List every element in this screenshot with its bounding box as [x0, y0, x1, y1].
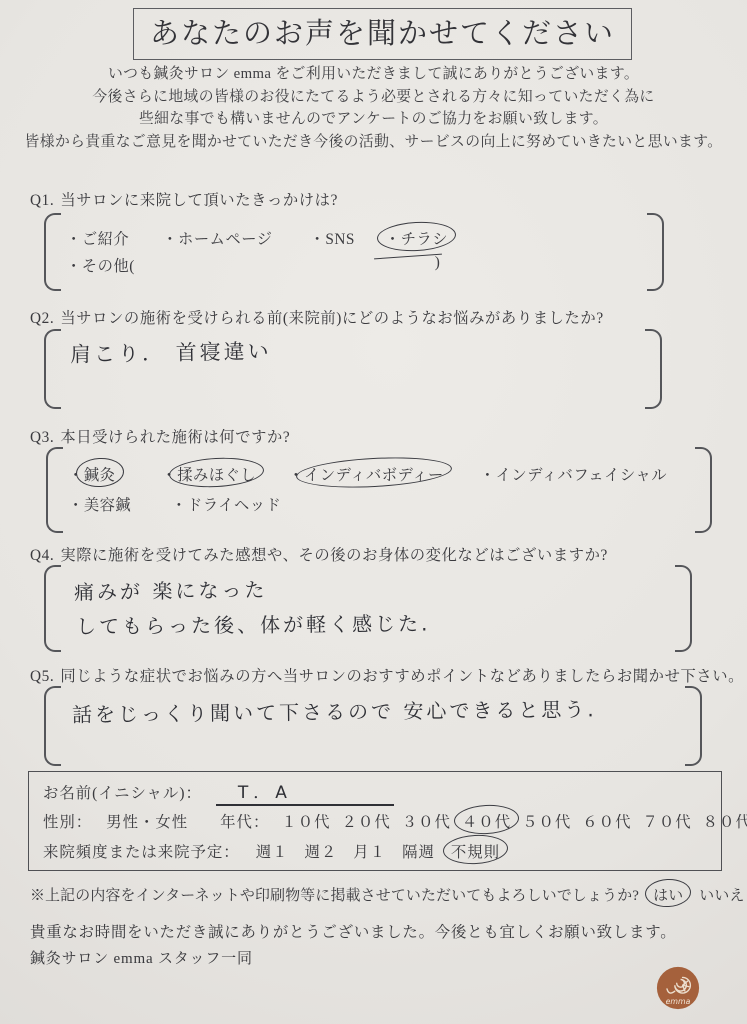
frequency-option-irregular-selected: 不規則 [451, 840, 500, 862]
emma-logo-stamp-icon: emma [656, 966, 700, 1010]
age-option-10s: １０代 [281, 810, 330, 832]
q3-option-label: 鍼灸 [84, 463, 116, 485]
gender-options: 男性・女性 [106, 810, 188, 832]
left-bracket [44, 329, 61, 409]
closing-thanks: 貴重なお時間をいただき誠にありがとうございました。今後とも宜しくお願い致します。 [30, 920, 676, 942]
left-bracket [44, 686, 61, 766]
age-option-70s: ７０代 [642, 810, 691, 832]
right-bracket [675, 565, 692, 652]
q1-number: Q1. [30, 192, 54, 209]
q5-text: 同じような症状でお悩みの方へ当サロンのおすすめポイントなどありましたらお聞かせ下… [60, 668, 744, 685]
q3-number: Q3. [30, 429, 54, 446]
right-bracket [695, 447, 712, 533]
q1-other-close-paren: ) [435, 254, 441, 272]
q1-option-label: チラシ [401, 231, 448, 248]
consent-question: ※上記の内容をインターネットや印刷物等に掲載させていただいてもよろしいでしょうか… [30, 884, 639, 905]
q1-text: 当サロンに来院して頂いたきっかけは? [60, 192, 338, 209]
q3-option-dry-head: ・ドライヘッド [171, 493, 281, 515]
consent-no: いいえ [699, 884, 744, 905]
bullet-icon: ・ [288, 467, 304, 484]
gender-label: 性別： [43, 810, 92, 832]
q1-option-flyer-selected: ・チラシ [385, 227, 448, 249]
right-bracket [647, 213, 664, 291]
q5-number: Q5. [30, 668, 54, 685]
q4-text: 実際に施術を受けてみた感想や、その後のお身体の変化などはございますか? [60, 547, 608, 564]
intro-paragraph: いつも鍼灸サロン emma をご利用いただきまして誠にありがとうございます。 今… [0, 63, 747, 153]
page-title: あなたのお声を聞かせてください [133, 8, 632, 60]
left-bracket [44, 213, 61, 291]
q4-handwritten-answer-line2: してもらった後、体が軽く感じた. [76, 607, 431, 639]
frequency-option-weekly1: 週１ [256, 840, 289, 862]
name-label: お名前(イニシャル)： [43, 781, 202, 803]
right-bracket [685, 686, 702, 766]
emma-logo: emma [656, 966, 700, 1010]
q5-handwritten-answer: 話をじっくり聞いて下さるので 安心できると思う. [72, 693, 597, 727]
q1-option-label: ホームページ [178, 231, 272, 248]
q3-option-beauty-acupuncture: ・美容鍼 [68, 493, 131, 515]
intro-line-3: 些細な事でも構いませんのでアンケートのご協力をお願い致します。 [0, 108, 747, 131]
left-bracket [44, 565, 61, 652]
bullet-icon: ・ [161, 467, 177, 484]
q3-answer-area: ・鍼灸 ・揉みほぐし ・インディバボディー ・インディバフェイシャル ・美容鍼 … [46, 447, 712, 533]
q4-answer-area: 痛みが 楽になった してもらった後、体が軽く感じた. [44, 565, 692, 652]
q4-number: Q4. [30, 547, 54, 564]
q5-answer-area: 話をじっくり聞いて下さるので 安心できると思う. [44, 686, 702, 766]
age-option-20s: ２０代 [342, 810, 391, 832]
bullet-icon: ・ [162, 231, 178, 248]
q3-option-label: インディバフェイシャル [496, 467, 667, 484]
frequency-option-weekly2: 週２ [305, 840, 338, 862]
bullet-icon: ・ [68, 467, 84, 484]
left-bracket [46, 447, 63, 533]
q1-option-homepage: ・ホームページ [162, 227, 272, 249]
q3-label: Q3.本日受けられた施術は何ですか? [30, 425, 290, 447]
frequency-option-monthly1: 月１ [353, 840, 386, 862]
q1-option-label: ご紹介 [82, 231, 129, 248]
emma-logo-text: emma [666, 997, 691, 1006]
bullet-icon: ・ [310, 231, 326, 248]
frequency-option-biweekly: 隔週 [402, 840, 435, 862]
intro-line-4: 皆様から貴重なご意見を聞かせていただき今後の活動、サービスの向上に努めていきたい… [0, 131, 747, 154]
q3-option-label: 美容鍼 [84, 497, 131, 514]
q2-text: 当サロンの施術を受けられる前(来院前)にどのようなお悩みがありましたか? [60, 310, 603, 327]
intro-line-1: いつも鍼灸サロン emma をご利用いただきまして誠にありがとうございます。 [0, 63, 747, 86]
q2-number: Q2. [30, 310, 54, 327]
q4-label: Q4.実際に施術を受けてみた感想や、その後のお身体の変化などはございますか? [30, 543, 608, 565]
age-option-60s: ６０代 [582, 810, 631, 832]
age-option-30s: ３０代 [402, 810, 451, 832]
consent-question-row: ※上記の内容をインターネットや印刷物等に掲載させていただいてもよろしいでしょうか… [30, 884, 745, 905]
bullet-icon: ・ [480, 467, 496, 484]
consent-yes-selected: はい [653, 884, 683, 905]
respondent-info-box: お名前(イニシャル)： T．A 性別： 男性・女性 年代： １０代 ２０代 ３０… [28, 771, 722, 871]
closing-staff: 鍼灸サロン emma スタッフ一同 [30, 947, 253, 968]
q1-answer-area: ・ご紹介 ・ホームページ ・SNS ・チラシ ・その他( ) [44, 213, 664, 291]
q3-option-indiba-facial: ・インディバフェイシャル [480, 463, 667, 485]
age-option-40s-selected: ４０代 [462, 810, 511, 832]
bullet-icon: ・ [66, 231, 82, 248]
q3-option-label: インディバボディー [304, 463, 444, 485]
q3-option-massage-selected: ・揉みほぐし [161, 463, 256, 485]
intro-line-2: 今後さらに地域の皆様のお役にたてるよう必要とされる方々に知っていただく為に [0, 86, 747, 109]
bullet-icon: ・ [68, 497, 84, 514]
q3-option-label: ドライヘッド [187, 497, 281, 514]
survey-form-page: あなたのお声を聞かせてください いつも鍼灸サロン emma をご利用いただきまし… [0, 0, 747, 1024]
title-wrap: あなたのお声を聞かせてください [0, 8, 747, 60]
q1-option-label: SNS [325, 231, 355, 248]
right-bracket [645, 329, 662, 409]
q1-label: Q1.当サロンに来院して頂いたきっかけは? [30, 188, 338, 210]
q1-option-sns: ・SNS [310, 227, 355, 249]
frequency-label: 来院頻度または来院予定： [43, 840, 240, 862]
q3-option-acupuncture-selected: ・鍼灸 [68, 463, 115, 485]
q1-option-other: ・その他( [66, 254, 135, 276]
q2-answer-area: 肩こり． 首寝違い [44, 329, 662, 409]
q3-option-indiba-body-selected: ・インディバボディー [288, 463, 444, 485]
q3-option-label: 揉みほぐし [177, 463, 256, 485]
age-label: 年代： [220, 810, 269, 832]
q4-handwritten-answer-line1: 痛みが 楽になった [74, 574, 268, 606]
q3-text: 本日受けられた施術は何ですか? [60, 429, 290, 446]
q2-handwritten-answer: 肩こり． 首寝違い [70, 335, 272, 369]
age-option-80s: ８０代 [703, 810, 747, 832]
q1-option-referral: ・ご紹介 [66, 227, 129, 249]
age-option-50s: ５０代 [522, 810, 571, 832]
q2-label: Q2.当サロンの施術を受けられる前(来院前)にどのようなお悩みがありましたか? [30, 306, 604, 328]
bullet-icon: ・ [385, 231, 401, 248]
q5-label: Q5.同じような症状でお悩みの方へ当サロンのおすすめポイントなどありましたらお聞… [30, 664, 744, 686]
name-initial-value: T．A [216, 778, 394, 806]
bullet-icon: ・ [171, 497, 187, 514]
